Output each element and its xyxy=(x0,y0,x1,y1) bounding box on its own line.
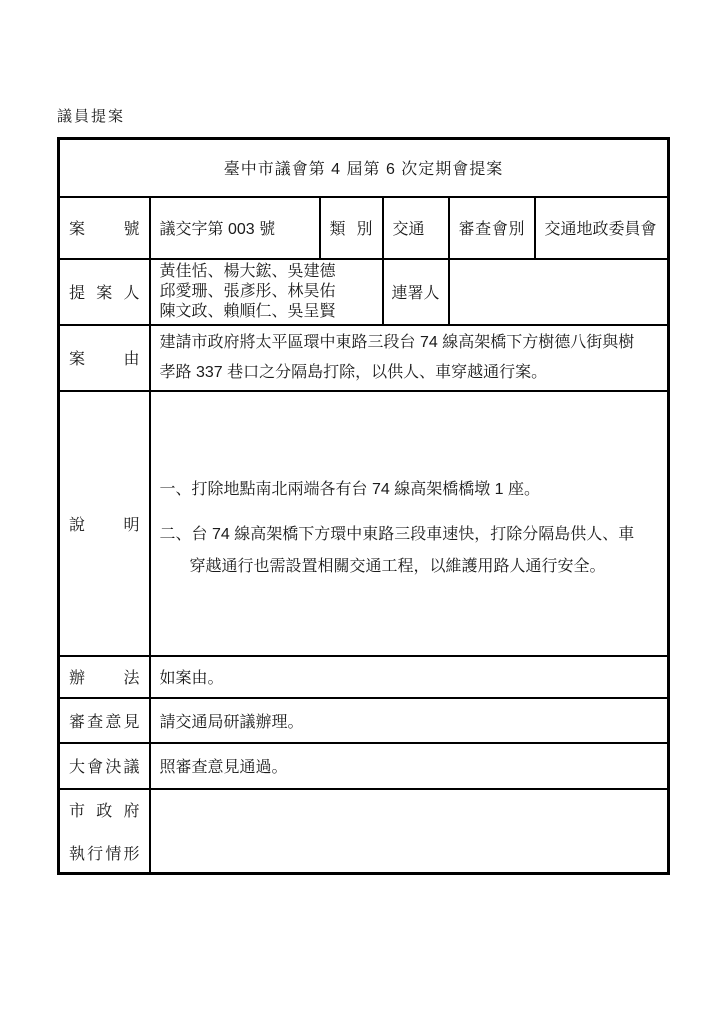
category-label: 類別 xyxy=(320,197,383,259)
assembly-resolution-label: 大會決議 xyxy=(59,743,150,789)
category-value: 交通 xyxy=(383,197,449,259)
city-gov-execution-row: 市政府 執行情形 xyxy=(59,789,669,874)
assembly-resolution-value: 照審查意見通過。 xyxy=(150,743,669,789)
proposal-form-table: 臺中市議會第 4 屆第 6 次定期會提案 案號 議交字第 003 號 類別 交通… xyxy=(57,137,670,875)
city-gov-execution-value xyxy=(150,789,669,874)
method-row: 辦法 如案由。 xyxy=(59,656,669,698)
method-value: 如案由。 xyxy=(150,656,669,698)
subject-value: 建請市政府將太平區環中東路三段台 74 線高架橋下方樹德八街與樹 孝路 337 … xyxy=(150,325,669,391)
explanation-value: 一、打除地點南北兩端各有台 74 線高架橋橋墩 1 座。 二、台 74 線高架橋… xyxy=(150,391,669,656)
review-opinion-value: 請交通局研議辦理。 xyxy=(150,698,669,743)
city-gov-execution-label-line1: 市政府 xyxy=(69,798,140,821)
case-number-value: 議交字第 003 號 xyxy=(150,197,320,259)
explanation-item-2: 二、台 74 線高架橋下方環中東路三段車速快，打除分隔島供人、車 穿越通行也需設… xyxy=(160,519,658,583)
subject-label: 案由 xyxy=(59,325,150,391)
assembly-resolution-row: 大會決議 照審查意見通過。 xyxy=(59,743,669,789)
co-signers-label: 連署人 xyxy=(383,259,449,325)
proposer-row: 提案人 黃佳恬、楊大鋐、吳建德 邱愛珊、張彥彤、林昊佑 陳文政、賴順仁、吳呈賢 … xyxy=(59,259,669,325)
case-number-label: 案號 xyxy=(59,197,150,259)
co-signers-value xyxy=(449,259,669,325)
subject-row: 案由 建請市政府將太平區環中東路三段台 74 線高架橋下方樹德八街與樹 孝路 3… xyxy=(59,325,669,391)
explanation-row: 說明 一、打除地點南北兩端各有台 74 線高架橋橋墩 1 座。 二、台 74 線… xyxy=(59,391,669,656)
document-page: { "page": { "doc_type_label": "議員提案", "t… xyxy=(0,0,724,1024)
proposers-label: 提案人 xyxy=(59,259,150,325)
review-committee-value: 交通地政委員會 xyxy=(535,197,669,259)
document-title: 臺中市議會第 4 屆第 6 次定期會提案 xyxy=(59,139,669,197)
city-gov-execution-label-line2: 執行情形 xyxy=(69,841,140,864)
doc-type-label: 議員提案 xyxy=(57,105,125,126)
explanation-label: 說明 xyxy=(59,391,150,656)
review-opinion-label: 審查意見 xyxy=(59,698,150,743)
proposers-value: 黃佳恬、楊大鋐、吳建德 邱愛珊、張彥彤、林昊佑 陳文政、賴順仁、吳呈賢 xyxy=(150,259,383,325)
case-number-row: 案號 議交字第 003 號 類別 交通 審查會別 交通地政委員會 xyxy=(59,197,669,259)
review-opinion-row: 審查意見 請交通局研議辦理。 xyxy=(59,698,669,743)
explanation-item-1: 一、打除地點南北兩端各有台 74 線高架橋橋墩 1 座。 xyxy=(160,474,658,506)
method-label: 辦法 xyxy=(59,656,150,698)
city-gov-execution-label: 市政府 執行情形 xyxy=(59,789,150,874)
review-committee-label: 審查會別 xyxy=(449,197,535,259)
title-row: 臺中市議會第 4 屆第 6 次定期會提案 xyxy=(59,139,669,197)
